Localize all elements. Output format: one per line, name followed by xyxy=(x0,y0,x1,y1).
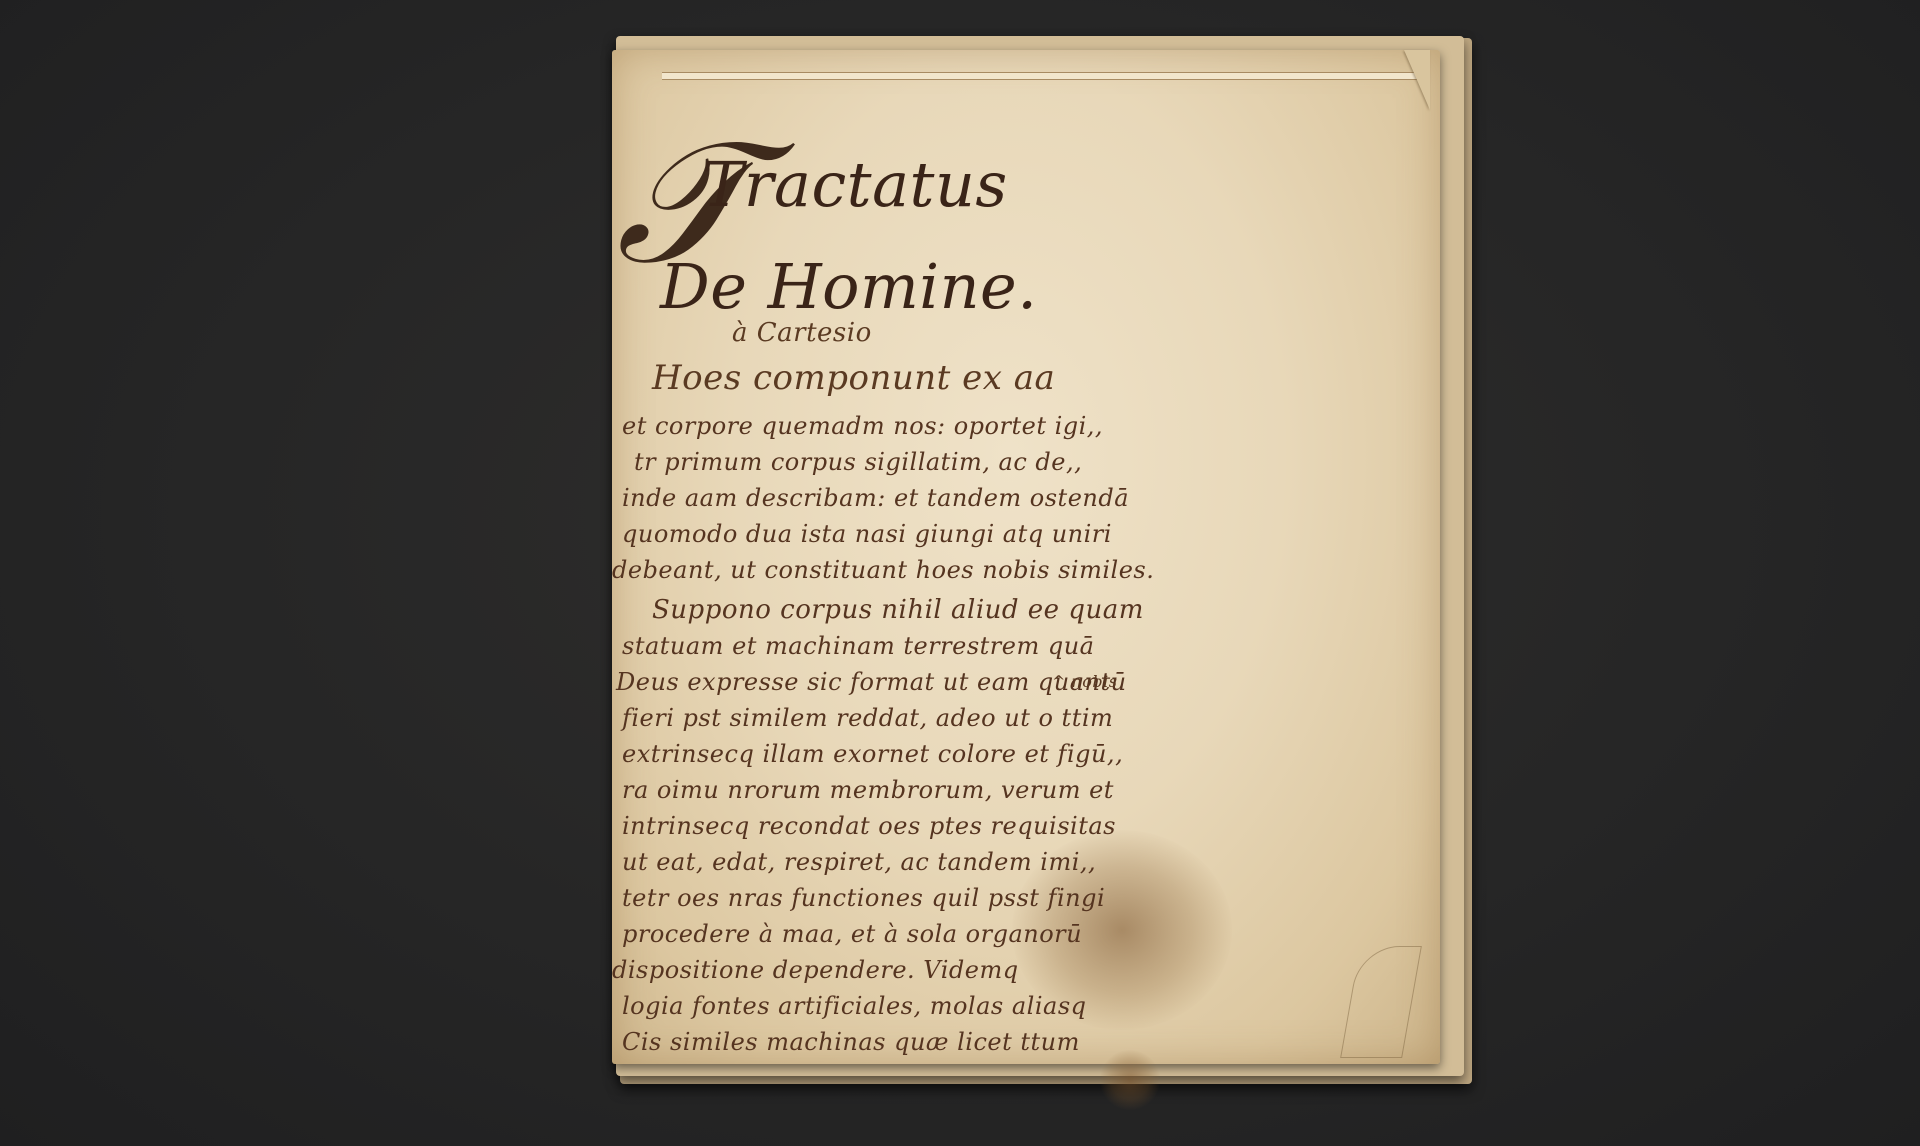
text-line: quomodo dua ista nasi giungi atq uniri xyxy=(622,520,1112,548)
text-line: ut eat, edat, respiret, ac tandem imi,, xyxy=(622,848,1096,876)
text-line: ra oimu nrorum membrorum, verum et xyxy=(622,776,1114,804)
folded-corner-bottom-right xyxy=(1340,946,1422,1058)
manuscript-page: 𝒯 Tractatus De Homine. à Cartesio Hoes c… xyxy=(612,50,1440,1064)
text-line: extrinsecq illam exornet colore et figū,… xyxy=(622,740,1123,768)
text-line: procedere à maa, et à sola organorū xyxy=(622,920,1082,948)
attribution: à Cartesio xyxy=(732,318,872,348)
text-line: Cis similes machinas quæ licet ttum xyxy=(622,1028,1080,1056)
text-line: debeant, ut constituant hoes nobis simil… xyxy=(612,556,1154,584)
folded-corner-top-right xyxy=(1404,50,1430,110)
opening-line: Hoes componunt ex aa xyxy=(652,358,1055,398)
text-line: Suppono corpus nihil aliud ee quam xyxy=(652,595,1144,625)
text-line: statuam et machinam terrestrem quā xyxy=(622,632,1094,660)
ink-stain-bottom xyxy=(1100,1050,1160,1110)
title-line-1: Tractatus xyxy=(702,148,1008,221)
text-line: intrinsecq recondat oes ptes requisitas xyxy=(622,812,1116,840)
manuscript-stack: 𝒯 Tractatus De Homine. à Cartesio Hoes c… xyxy=(612,32,1472,1084)
text-line: tetr oes nras functiones quil psst fingi xyxy=(622,884,1105,912)
text-line: dispositione dependere. Videmq xyxy=(612,956,1019,984)
text-line: et corpore quemadm nos: oportet igi,, xyxy=(622,412,1103,440)
text-line: Deus expresse sic format ut eam quantū xyxy=(616,668,1127,696)
text-line: fieri pst similem reddat, adeo ut o ttim xyxy=(622,704,1113,732)
text-line: inde aam describam: et tandem ostendā xyxy=(622,484,1129,512)
top-paper-edge xyxy=(662,72,1422,80)
text-line: logia fontes artificiales, molas aliasq xyxy=(622,992,1087,1020)
text-line: tr primum corpus sigillatim, ac de,, xyxy=(634,448,1082,476)
title-line-2: De Homine. xyxy=(660,250,1037,323)
margin-note: ^ nobis xyxy=(1052,672,1118,691)
